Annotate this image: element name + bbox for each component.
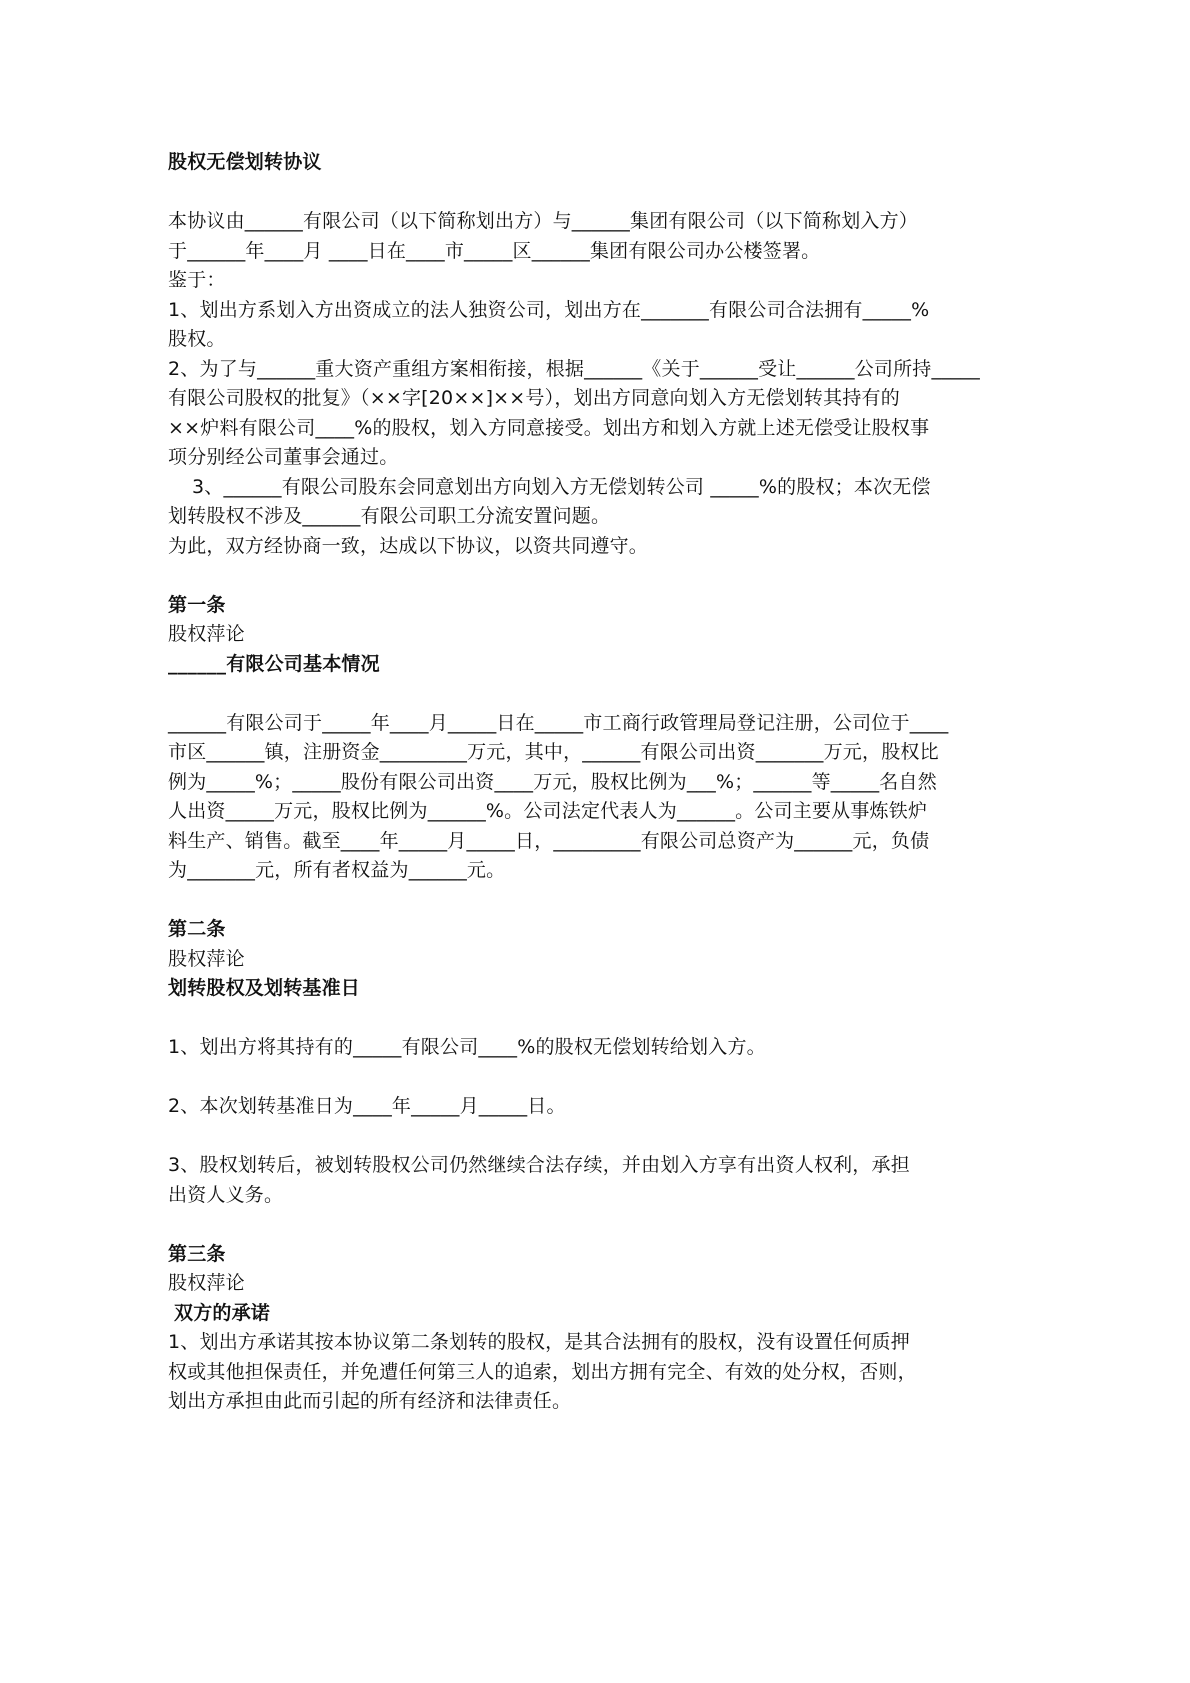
article-subtitle: 股权萍论 (168, 945, 988, 975)
paragraph-line: 为_______元，所有者权益为______元。 (168, 856, 988, 886)
paragraph-line: 出资人义务。 (168, 1181, 988, 1211)
preamble-line: 本协议由______有限公司（以下简称划出方）与______集团有限公司（以下简… (168, 207, 988, 237)
preamble-line: 项分别经公司董事会通过。 (168, 443, 988, 473)
paragraph-line: 例为_____%；_____股份有限公司出资____万元，股权比例为___%；_… (168, 768, 988, 798)
preamble-line: ××炉料有限公司____%的股权，划入方同意接受。划出方和划入方就上述无偿受让股… (168, 414, 988, 444)
document-page: 股权无偿划转协议 本协议由______有限公司（以下简称划出方）与______集… (168, 148, 988, 1417)
paragraph-line: 料生产、销售。截至____年_____月_____日，_________有限公司… (168, 827, 988, 857)
article-heading: 划转股权及划转基准日 (168, 974, 988, 1004)
article-subtitle: 股权萍论 (168, 1269, 988, 1299)
paragraph-line: 市区______镇，注册资金_________万元，其中，______有限公司出… (168, 738, 988, 768)
paragraph-line: 划出方承担由此而引起的所有经济和法律责任。 (168, 1387, 988, 1417)
article-subtitle: 股权萍论 (168, 620, 988, 650)
article-heading: ______有限公司基本情况 (168, 650, 988, 680)
preamble-line: 3、______有限公司股东会同意划出方向划入方无偿划转公司 _____%的股权… (168, 473, 988, 503)
paragraph-line: 权或其他担保责任，并免遭任何第三人的追索，划出方拥有完全、有效的处分权，否则， (168, 1358, 988, 1388)
article-1: 第一条 股权萍论 ______有限公司基本情况 ______有限公司于_____… (168, 591, 988, 886)
article-number: 第二条 (168, 915, 988, 945)
article-number: 第三条 (168, 1240, 988, 1270)
preamble-line: 划转股权不涉及______有限公司职工分流安置问题。 (168, 502, 988, 532)
preamble: 本协议由______有限公司（以下简称划出方）与______集团有限公司（以下简… (168, 207, 988, 561)
preamble-line: 为此，双方经协商一致，达成以下协议，以资共同遵守。 (168, 532, 988, 562)
paragraph-line: 人出资_____万元，股权比例为______%。公司法定代表人为______。公… (168, 797, 988, 827)
paragraph-line: ______有限公司于_____年____月_____日在_____市工商行政管… (168, 709, 988, 739)
preamble-line: 鉴于： (168, 266, 988, 296)
article-3: 第三条 股权萍论 双方的承诺 1、划出方承诺其按本协议第二条划转的股权，是其合法… (168, 1240, 988, 1417)
article-number: 第一条 (168, 591, 988, 621)
paragraph-line: 1、划出方承诺其按本协议第二条划转的股权，是其合法拥有的股权，没有设置任何质押 (168, 1328, 988, 1358)
preamble-line: 于______年____月 ____日在____市_____区______集团有… (168, 237, 988, 267)
preamble-line: 股权。 (168, 325, 988, 355)
paragraph-line: 1、划出方将其持有的_____有限公司____%的股权无偿划转给划入方。 (168, 1033, 988, 1063)
paragraph-line: 2、本次划转基准日为____年_____月_____日。 (168, 1092, 988, 1122)
paragraph-line: 3、股权划转后，被划转股权公司仍然继续合法存续，并由划入方享有出资人权利，承担 (168, 1151, 988, 1181)
preamble-line: 2、为了与______重大资产重组方案相衔接，根据______《关于______… (168, 355, 988, 385)
preamble-line: 1、划出方系划入方出资成立的法人独资公司，划出方在_______有限公司合法拥有… (168, 296, 988, 326)
article-heading: 双方的承诺 (168, 1299, 988, 1329)
article-2: 第二条 股权萍论 划转股权及划转基准日 1、划出方将其持有的_____有限公司_… (168, 915, 988, 1210)
document-title: 股权无偿划转协议 (168, 148, 988, 178)
preamble-line: 有限公司股权的批复》（××字[20××]××号），划出方同意向划入方无偿划转其持… (168, 384, 988, 414)
